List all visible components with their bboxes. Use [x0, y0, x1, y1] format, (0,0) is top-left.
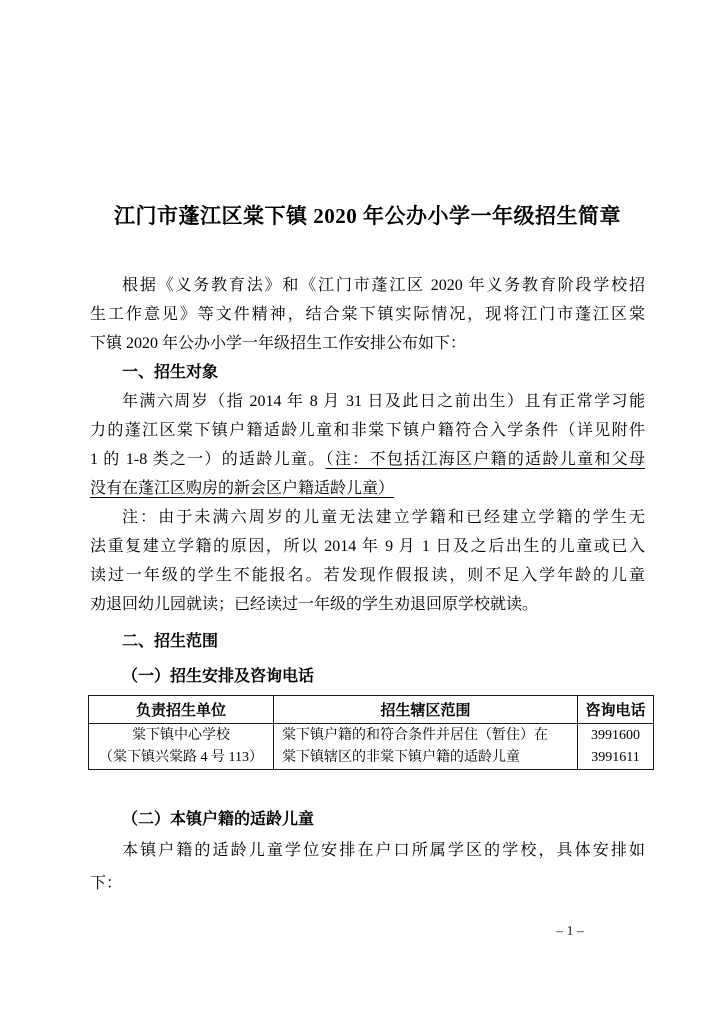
text-line: 力的蓬江区棠下镇户籍适龄儿童和非棠下镇户籍符合入学条件（详见附件	[90, 416, 645, 445]
column-header-unit: 负责招生单位	[89, 696, 274, 724]
text-line: 下镇 2020 年公办小学一年级招生工作安排公布如下：	[90, 329, 645, 358]
section2-paragraph: 本镇户籍的适龄儿童学位安排在户口所属学区的学校，具体安排如 下：	[90, 834, 645, 900]
text-line: 1 的 1-8 类之一）的适龄儿童。（注：不包括江海区户籍的适龄儿童和父母	[90, 445, 645, 474]
column-header-scope: 招生辖区范围	[274, 696, 578, 724]
page-number: – 1 –	[520, 922, 620, 942]
text-line: 棠下镇户籍的和符合条件并居住（暂住）在	[282, 725, 573, 747]
document-body: 江门市蓬江区棠下镇 2020 年公办小学一年级招生简章 根据《义务教育法》和《江…	[90, 199, 645, 900]
section2-sub2-heading: （二）本镇户籍的适龄儿童	[90, 805, 645, 834]
table-header-row: 负责招生单位 招生辖区范围 咨询电话	[89, 696, 654, 724]
text-line: 棠下镇辖区的非棠下镇户籍的适龄儿童	[282, 747, 573, 769]
section1-heading: 一、招生对象	[90, 358, 645, 387]
section1-paragraph2: 注：由于未满六周岁的儿童无法建立学籍和已经建立学籍的学生无 法重复建立学籍的原因…	[90, 503, 645, 619]
document-title: 江门市蓬江区棠下镇 2020 年公办小学一年级招生简章	[90, 199, 645, 233]
text-line: （棠下镇兴棠路 4 号 113）	[89, 747, 273, 769]
text-line: 棠下镇中心学校	[89, 725, 273, 747]
section2-heading: 二、招生范围	[90, 627, 645, 656]
text-line: 本镇户籍的适龄儿童学位安排在户口所属学区的学校，具体安排如	[90, 834, 645, 867]
section1-paragraph1: 年满六周岁（指 2014 年 8 月 31 日及此日之前出生）且有正常学习能 力…	[90, 387, 645, 503]
document-page: 江门市蓬江区棠下镇 2020 年公办小学一年级招生简章 根据《义务教育法》和《江…	[0, 0, 724, 1024]
text-line: 下：	[90, 867, 645, 900]
cell-unit: 棠下镇中心学校 （棠下镇兴棠路 4 号 113）	[89, 724, 274, 770]
intro-paragraph: 根据《义务教育法》和《江门市蓬江区 2020 年义务教育阶段学校招 生工作意见》…	[90, 271, 645, 358]
cell-phone: 3991600 3991611	[578, 724, 654, 770]
phone-number: 3991611	[578, 747, 653, 769]
text-segment: 1 的 1-8 类之一）的适龄儿童。	[90, 451, 326, 468]
column-header-phone: 咨询电话	[578, 696, 654, 724]
underlined-note-segment: 没有在蓬江区购房的新会区户籍适龄儿童）	[90, 480, 394, 497]
section2-sub1-heading: （一）招生安排及咨询电话	[90, 662, 645, 691]
text-line: 没有在蓬江区购房的新会区户籍适龄儿童）	[90, 474, 645, 503]
cell-scope: 棠下镇户籍的和符合条件并居住（暂住）在 棠下镇辖区的非棠下镇户籍的适龄儿童	[274, 724, 578, 770]
text-line: 年满六周岁（指 2014 年 8 月 31 日及此日之前出生）且有正常学习能	[90, 387, 645, 416]
text-line: 注：由于未满六周岁的儿童无法建立学籍和已经建立学籍的学生无	[90, 503, 645, 532]
text-line: 劝退回幼儿园就读；已经读过一年级的学生劝退回原学校就读。	[90, 590, 645, 619]
text-line: 法重复建立学籍的原因，所以 2014 年 9 月 1 日及之后出生的儿童或已入	[90, 532, 645, 561]
phone-number: 3991600	[578, 725, 653, 747]
enrollment-table: 负责招生单位 招生辖区范围 咨询电话 棠下镇中心学校 （棠下镇兴棠路 4 号 1…	[88, 695, 654, 770]
text-line: 读过一年级的学生不能报名。若发现作假报读，则不足入学年龄的儿童	[90, 561, 645, 590]
text-line: 生工作意见》等文件精神，结合棠下镇实际情况，现将江门市蓬江区棠	[90, 300, 645, 329]
table-row: 棠下镇中心学校 （棠下镇兴棠路 4 号 113） 棠下镇户籍的和符合条件并居住（…	[89, 724, 654, 770]
text-line: 根据《义务教育法》和《江门市蓬江区 2020 年义务教育阶段学校招	[90, 271, 645, 300]
underlined-note-segment: （注：不包括江海区户籍的适龄儿童和父母	[326, 451, 645, 468]
